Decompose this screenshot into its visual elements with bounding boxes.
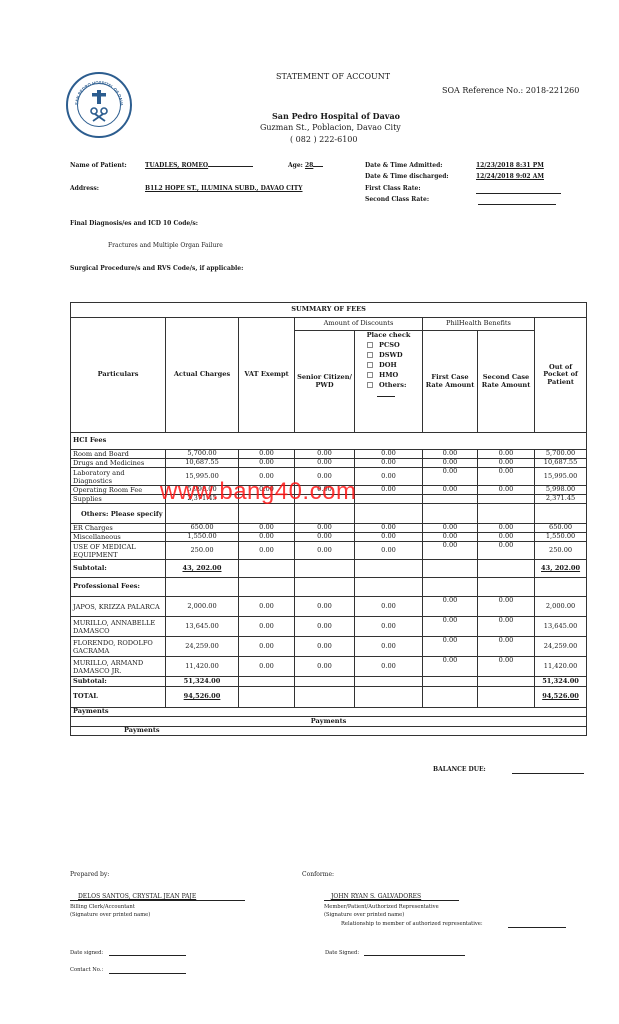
soa-reference-label: SOA Reference No.:	[442, 86, 523, 95]
pf-subtotal-oop: 51,324.00	[535, 677, 587, 687]
checkbox-others[interactable]: Others:	[357, 380, 420, 390]
conforme-note: (Signature over printed name)	[324, 912, 404, 918]
cell-senior: 0.00	[295, 542, 355, 560]
diagnosis-label: Final Diagnosis/es and ICD 10 Code/s:	[70, 220, 198, 227]
second-class-rate-line	[478, 204, 556, 205]
cell-oop: 2,000.00	[535, 597, 587, 617]
first-class-rate-label: First Class Rate:	[365, 185, 421, 192]
cell-particular: MURILLO, ANNABELLE DAMASCO	[71, 617, 166, 637]
cell-oop: 5,700.00	[535, 450, 587, 459]
table-row: Operating Room Fee5,998.000.000.000.000.…	[71, 486, 587, 495]
cell-particular: Room and Board	[71, 450, 166, 459]
cell-other: 0.00	[355, 542, 423, 560]
cell-senior: 0.00	[295, 597, 355, 617]
cell-actual: 15,995.00	[166, 468, 239, 486]
cell-actual: 10,687.55	[166, 459, 239, 468]
cell-second: 0.00	[478, 486, 535, 495]
table-row: USE OF MEDICAL EQUIPMENT250.000.000.000.…	[71, 542, 587, 560]
cell-oop: 11,420.00	[535, 657, 587, 677]
cell-vat: 0.00	[239, 542, 295, 560]
checkbox-pcso[interactable]: PCSO	[357, 340, 420, 350]
contact-no-label: Contact No.:	[70, 967, 103, 973]
hci-subtotal-actual: 43, 202.00	[166, 560, 239, 578]
header-first-case-rate: First Case Rate Amount	[423, 331, 478, 433]
address-label: Address:	[70, 185, 99, 192]
cell-other: 0.00	[355, 657, 423, 677]
prepared-by-role: Billing Clerk/Accountant	[70, 904, 135, 910]
cell-first: 0.00	[423, 637, 478, 657]
patient-age-value: 28	[305, 162, 313, 169]
cell-other	[355, 495, 423, 504]
cell-actual: 250.00	[166, 542, 239, 560]
prepared-by-label: Prepared by:	[70, 871, 109, 878]
hospital-name: San Pedro Hospital of Davao	[272, 111, 400, 121]
cell-other: 0.00	[355, 637, 423, 657]
table-row: MURILLO, ANNABELLE DAMASCO13,645.000.000…	[71, 617, 587, 637]
address-value: B1L2 HOPE ST., ILUMINA SUBD., DAVAO CITY	[145, 185, 303, 192]
cell-actual: 5,700.00	[166, 450, 239, 459]
total-actual: 94,526.00	[166, 687, 239, 708]
prepared-by-name: DELOS SANTOS, CRYSTAL JEAN PAJE	[70, 893, 245, 901]
conforme-role: Member/Patient/Authorized Representative	[324, 904, 439, 910]
second-class-rate-label: Second Class Rate:	[365, 196, 429, 203]
cell-second: 0.00	[478, 542, 535, 560]
cell-first: 0.00	[423, 486, 478, 495]
cell-senior	[295, 495, 355, 504]
cell-second: 0.00	[478, 597, 535, 617]
cell-senior: 0.00	[295, 617, 355, 637]
cell-vat: 0.00	[239, 637, 295, 657]
cell-particular: Drugs and Medicines	[71, 459, 166, 468]
cell-second: 0.00	[478, 617, 535, 637]
balance-due-label: BALANCE DUE:	[433, 766, 486, 773]
checkbox-hmo[interactable]: HMO	[357, 370, 420, 380]
cell-other: 0.00	[355, 597, 423, 617]
cell-other: 0.00	[355, 459, 423, 468]
diagnosis-value: Fractures and Multiple Organ Failure	[108, 242, 223, 249]
soa-reference: SOA Reference No.: 2018-221260	[442, 86, 579, 95]
cell-first: 0.00	[423, 542, 478, 560]
header-place-check: Place check PCSO DSWD DOH HMO Others:	[355, 331, 423, 433]
cell-second: 0.00	[478, 468, 535, 486]
header-senior-citizen-pwd: Senior Citizen/ PWD	[295, 331, 355, 433]
payments-row-3: Payments	[71, 727, 587, 736]
total-oop: 94,526.00	[535, 687, 587, 708]
cell-senior: 0.00	[295, 524, 355, 533]
cell-particular: MURILLO, ARMAND DAMASCO JR.	[71, 657, 166, 677]
first-class-rate-line	[476, 193, 561, 194]
discharged-value: 12/24/2018 9:02 AM	[476, 173, 544, 180]
cell-vat: 0.00	[239, 533, 295, 542]
contact-no-field[interactable]	[109, 973, 186, 974]
cell-particular: Laboratory and Diagnostics	[71, 468, 166, 486]
patient-name-label: Name of Patient:	[70, 162, 127, 169]
cell-vat	[239, 495, 295, 504]
cell-vat: 0.00	[239, 450, 295, 459]
cell-first: 0.00	[423, 450, 478, 459]
cell-other: 0.00	[355, 468, 423, 486]
cell-second: 0.00	[478, 524, 535, 533]
cell-actual: 2,000.00	[166, 597, 239, 617]
prepared-by-note: (Signature over printed name)	[70, 912, 150, 918]
table-row: ER Charges650.000.000.000.000.000.00650.…	[71, 524, 587, 533]
cell-vat: 0.00	[239, 468, 295, 486]
table-title: SUMMARY OF FEES	[71, 303, 587, 318]
header-particulars: Particulars	[71, 318, 166, 433]
payments-row-2: Payments	[71, 717, 587, 727]
cell-senior: 0.00	[295, 486, 355, 495]
table-row: Room and Board5,700.000.000.000.000.000.…	[71, 450, 587, 459]
cell-oop: 250.00	[535, 542, 587, 560]
cell-actual: 1,550.00	[166, 533, 239, 542]
cell-other: 0.00	[355, 524, 423, 533]
cell-senior: 0.00	[295, 637, 355, 657]
cell-vat: 0.00	[239, 486, 295, 495]
cell-senior: 0.00	[295, 657, 355, 677]
date-signed-right-label: Date Signed:	[325, 950, 359, 956]
cell-oop: 24,259.00	[535, 637, 587, 657]
hci-subtotal-oop: 43, 202.00	[535, 560, 587, 578]
header-out-of-pocket: Out of Pocket of Patient	[535, 318, 587, 433]
cell-first: 0.00	[423, 524, 478, 533]
cell-particular: Miscellaneous	[71, 533, 166, 542]
cell-actual: 24,259.00	[166, 637, 239, 657]
cell-oop: 2,371.45	[535, 495, 587, 504]
hospital-phone: ( 082 ) 222-6100	[290, 135, 357, 144]
cell-actual: 13,645.00	[166, 617, 239, 637]
cell-first: 0.00	[423, 657, 478, 677]
admitted-value: 12/23/2018 8:31 PM	[476, 162, 544, 169]
patient-name-value: TUADLES, ROMEO	[145, 162, 263, 169]
cell-oop: 5,998.00	[535, 486, 587, 495]
cell-oop: 13,645.00	[535, 617, 587, 637]
section-professional-fees: Professional Fees:	[71, 578, 166, 597]
cell-particular: Operating Room Fee	[71, 486, 166, 495]
cell-particular: Supplies	[71, 495, 166, 504]
cell-second	[478, 495, 535, 504]
cell-first: 0.00	[423, 468, 478, 486]
cell-oop: 1,550.00	[535, 533, 587, 542]
total-label: TOTAL	[71, 687, 166, 708]
table-row: FLORENDO, RODOLFO GACRAMA24,259.000.000.…	[71, 637, 587, 657]
cell-first	[423, 495, 478, 504]
header-philhealth-benefits: PhilHealth Benefits	[423, 318, 535, 331]
table-row: MURILLO, ARMAND DAMASCO JR.11,420.000.00…	[71, 657, 587, 677]
conforme-label: Conforme:	[302, 871, 334, 878]
cell-senior: 0.00	[295, 450, 355, 459]
cell-particular: ER Charges	[71, 524, 166, 533]
cell-other: 0.00	[355, 450, 423, 459]
relationship-label: Relationship to member of authorized rep…	[341, 921, 483, 927]
document-title: STATEMENT OF ACCOUNT	[276, 72, 390, 81]
checkbox-dswd[interactable]: DSWD	[357, 350, 420, 360]
conforme-name: JOHN RYAN S. GALVADORES	[324, 893, 459, 901]
payments-row-1: Payments	[71, 708, 587, 717]
table-row: Supplies2,371.452,371.45	[71, 495, 587, 504]
cell-second: 0.00	[478, 637, 535, 657]
cell-vat: 0.00	[239, 597, 295, 617]
cell-oop: 15,995.00	[535, 468, 587, 486]
discharged-label: Date & Time discharged:	[365, 173, 449, 180]
table-row: Laboratory and Diagnostics15,995.000.000…	[71, 468, 587, 486]
balance-due-line	[512, 773, 584, 774]
date-signed-left-label: Date signed:	[70, 950, 103, 956]
header-vat-exempt: VAT Exempt	[239, 318, 295, 433]
summary-of-fees-table: SUMMARY OF FEES Particulars Actual Charg…	[70, 302, 587, 736]
header-actual-charges: Actual Charges	[166, 318, 239, 433]
cell-particular: JAPOS, KRIZZA PALARCA	[71, 597, 166, 617]
table-row: JAPOS, KRIZZA PALARCA2,000.000.000.000.0…	[71, 597, 587, 617]
cell-oop: 10,687.55	[535, 459, 587, 468]
admitted-label: Date & Time Admitted:	[365, 162, 443, 169]
cell-vat: 0.00	[239, 617, 295, 637]
soa-reference-value: 2018-221260	[526, 86, 580, 95]
cell-actual: 11,420.00	[166, 657, 239, 677]
hci-subtotal-label: Subtotal:	[71, 560, 166, 578]
cell-actual: 5,998.00	[166, 486, 239, 495]
others-please-specify: Others: Please specify	[71, 504, 166, 524]
cell-other: 0.00	[355, 617, 423, 637]
cell-actual: 2,371.45	[166, 495, 239, 504]
cell-particular: FLORENDO, RODOLFO GACRAMA	[71, 637, 166, 657]
checkbox-doh[interactable]: DOH	[357, 360, 420, 370]
cell-oop: 650.00	[535, 524, 587, 533]
cell-vat: 0.00	[239, 459, 295, 468]
cell-senior: 0.00	[295, 459, 355, 468]
header-second-case-rate: Second Case Rate Amount	[478, 331, 535, 433]
hospital-seal-icon: SAN PEDRO HOSPITAL OF DAVAO CITY, INC.	[66, 72, 132, 138]
cell-other: 0.00	[355, 486, 423, 495]
pf-subtotal-actual: 51,324.00	[166, 677, 239, 687]
cell-first: 0.00	[423, 617, 478, 637]
surgical-procedure-label: Surgical Procedure/s and RVS Code/s, if …	[70, 265, 243, 272]
date-signed-left-field[interactable]	[109, 955, 186, 956]
section-hci-fees: HCI Fees	[71, 433, 587, 450]
cell-vat: 0.00	[239, 524, 295, 533]
cell-actual: 650.00	[166, 524, 239, 533]
cell-vat: 0.00	[239, 657, 295, 677]
hospital-address: Guzman St., Poblacion, Davao City	[260, 123, 401, 132]
date-signed-right-field[interactable]	[364, 955, 465, 956]
cell-senior: 0.00	[295, 533, 355, 542]
cell-first: 0.00	[423, 597, 478, 617]
pf-subtotal-label: Subtotal:	[71, 677, 166, 687]
cell-other: 0.00	[355, 533, 423, 542]
header-amount-of-discounts: Amount of Discounts	[295, 318, 423, 331]
cell-senior: 0.00	[295, 468, 355, 486]
cell-second: 0.00	[478, 450, 535, 459]
cell-particular: USE OF MEDICAL EQUIPMENT	[71, 542, 166, 560]
patient-age: Age: 28	[288, 162, 323, 169]
relationship-field[interactable]	[508, 927, 566, 928]
cell-second: 0.00	[478, 657, 535, 677]
